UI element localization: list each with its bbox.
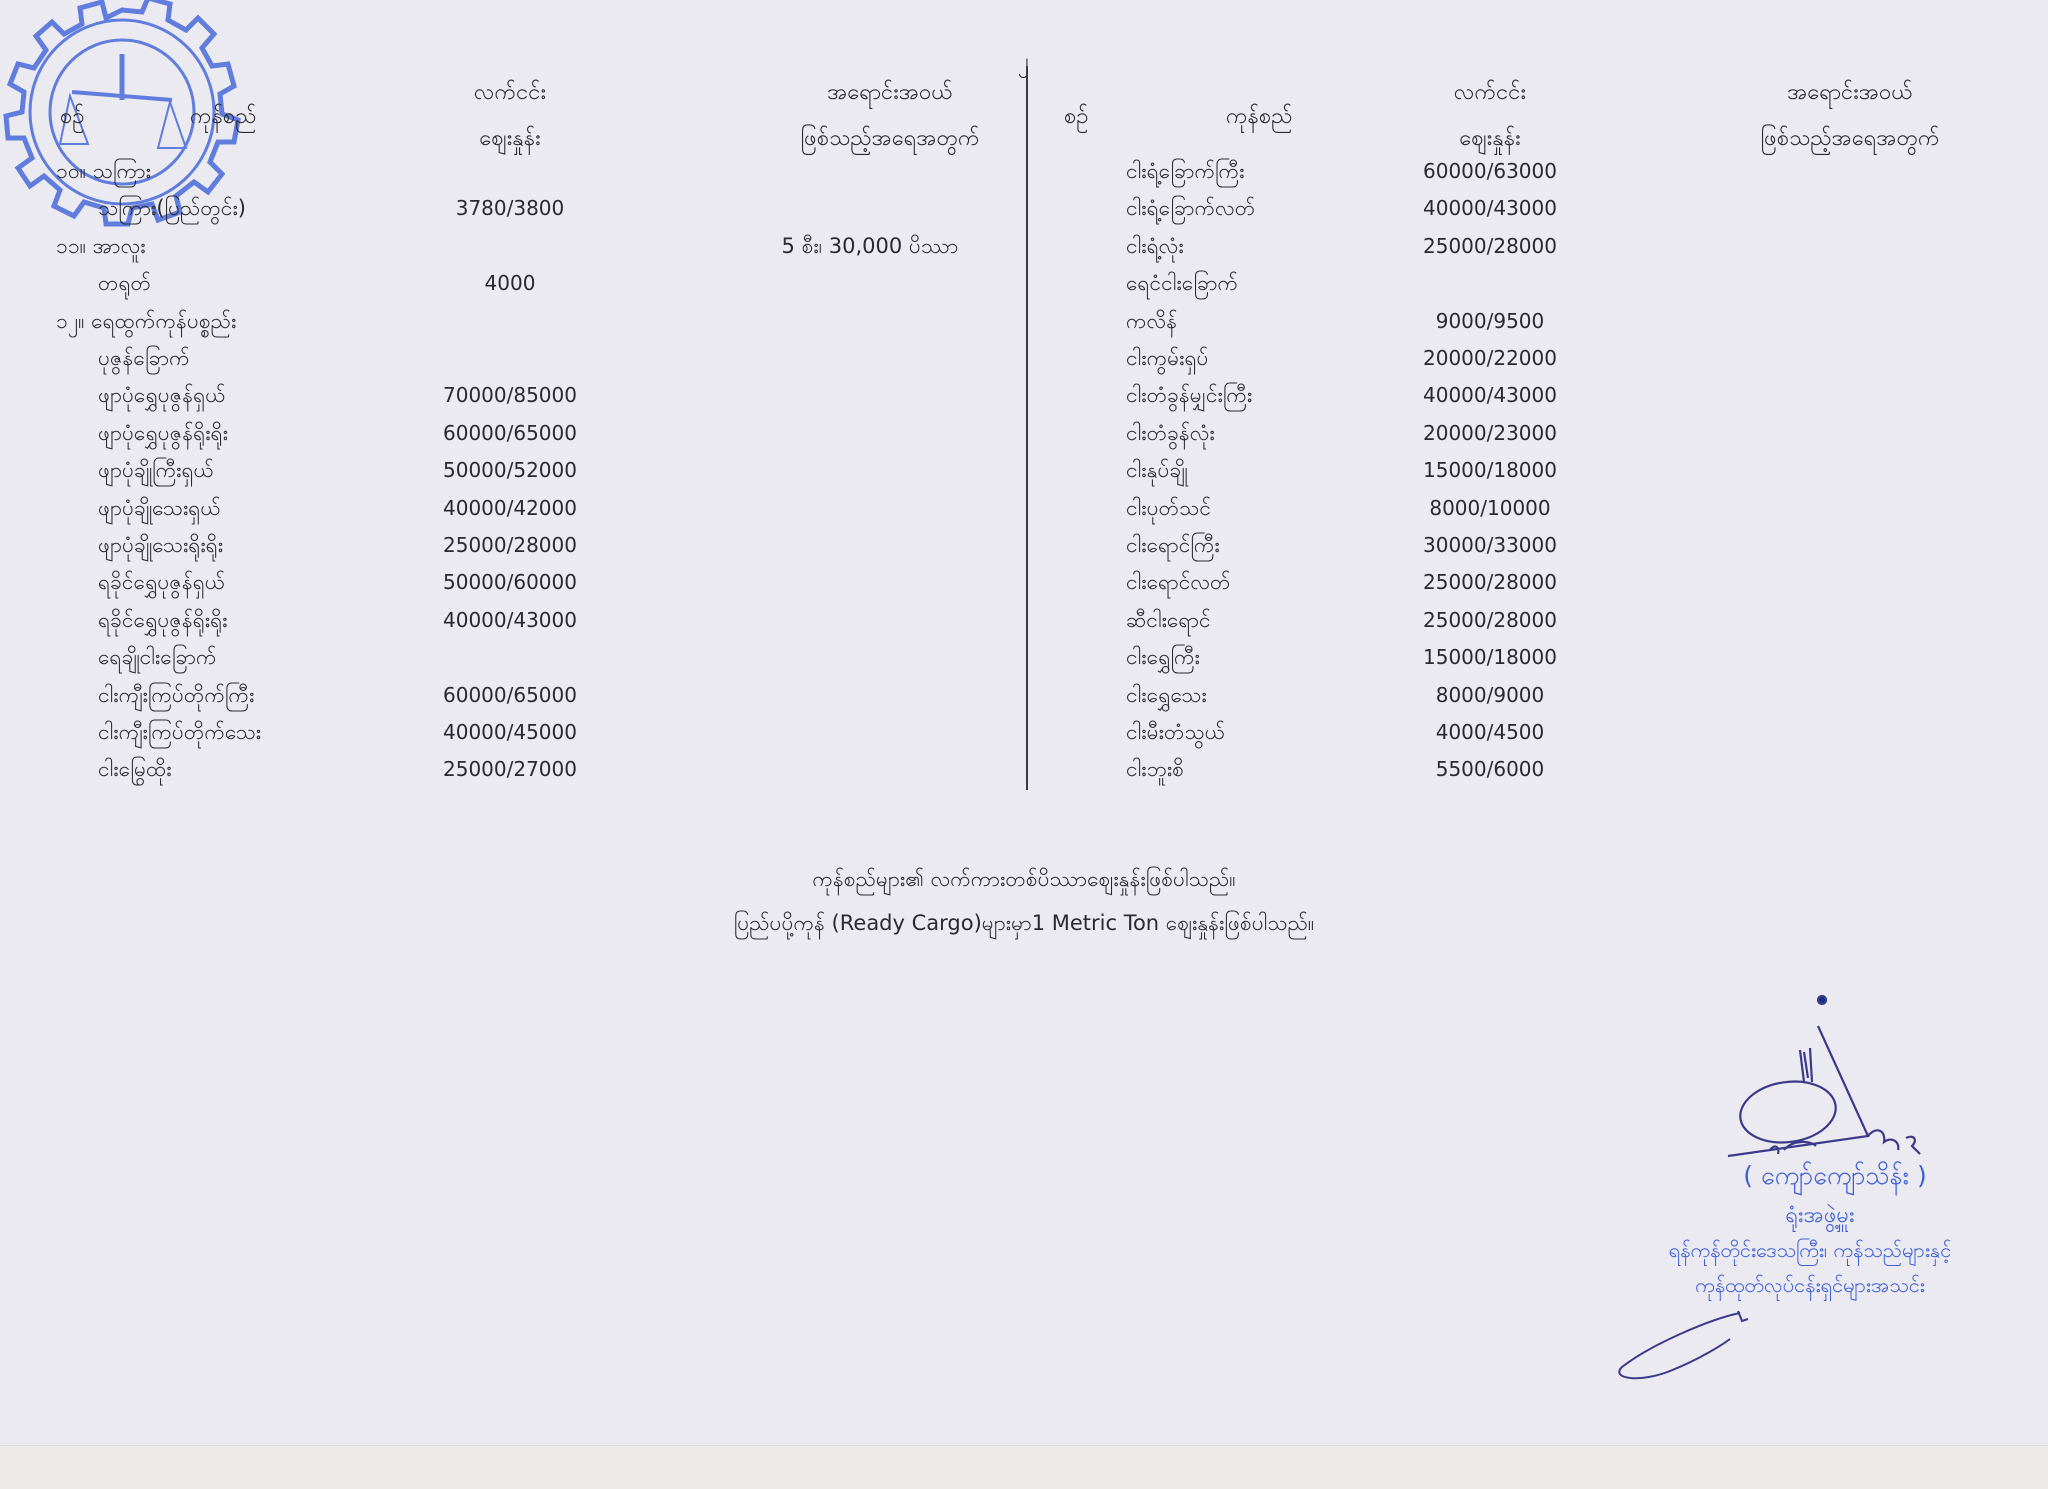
commodity-label: ရခိုင်ရွှေပုဇွန်ရိုးရိုး <box>98 605 228 635</box>
price-value: 8000/9000 <box>1400 680 1580 710</box>
price-value: 25000/28000 <box>1400 567 1580 597</box>
price-value: 25000/28000 <box>420 530 600 560</box>
commodity-label: သကြား(ပြည်တွင်း) <box>98 193 246 223</box>
commodity-label: ၁၁။ အာလူး <box>56 231 146 261</box>
price-value: 60000/65000 <box>420 418 600 448</box>
scanner-margin <box>0 1445 2048 1489</box>
price-value: 60000/65000 <box>420 680 600 710</box>
commodity-label: ငါးရောင်ကြီး <box>1126 530 1220 560</box>
commodity-label: ရခိုင်ရွှေပုဇွန်ရှယ် <box>98 567 225 597</box>
volume-value: 5 စီး၊ 30,000 ပိဿာ <box>740 231 1000 261</box>
signatory-name: ( ကျော်ကျော်သိန်း ) <box>1700 1160 1970 1197</box>
commodity-label: တရုတ် <box>98 268 151 298</box>
price-value: 40000/43000 <box>1400 193 1580 223</box>
price-value: 40000/43000 <box>420 605 600 635</box>
price-value: 30000/33000 <box>1400 530 1580 560</box>
commodity-label: ဖျာပုံချိုသေးရှယ် <box>98 493 221 523</box>
commodity-label: ဖျာပုံချိုကြီးရှယ် <box>98 455 214 485</box>
column-divider <box>1026 66 1028 790</box>
organization-line-2: ကုန်ထုတ်လုပ်ငန်းရှင်များအသင်း <box>1650 1272 1970 1302</box>
commodity-label: ငါးကျီးကြပ်တိုက်သေး <box>98 717 261 747</box>
commodity-label: ငါးပုတ်သင် <box>1126 493 1211 523</box>
right-header-volume-line2: ဖြစ်သည့်အရေအတွက် <box>1720 116 1980 162</box>
commodity-label: ဆီငါးရောင် <box>1126 605 1211 635</box>
commodity-label: ငါးရောင်လတ် <box>1126 567 1231 597</box>
price-value: 5500/6000 <box>1400 754 1580 784</box>
left-header-serial: စဉ် <box>60 94 85 140</box>
commodity-label: ကလိန် <box>1126 306 1177 336</box>
right-header-commodity: ကုန်စည် <box>1226 94 1293 140</box>
left-header-price-line2: ဈေးနှုန်း <box>420 116 600 162</box>
commodity-label: ငါးမီးတံသွယ် <box>1126 717 1225 747</box>
commodity-label: ဖျာပုံရွှေပုဇွန်ရိုးရိုး <box>98 418 228 448</box>
price-value: 15000/18000 <box>1400 455 1580 485</box>
price-value: 50000/52000 <box>420 455 600 485</box>
left-header-price-line1: လက်ငင်း <box>420 70 600 116</box>
commodity-label: ငါးရံ့ခြောက်လတ် <box>1126 193 1255 223</box>
right-header-price-line1: လက်ငင်း <box>1400 70 1580 116</box>
price-value: 60000/63000 <box>1400 156 1580 186</box>
price-value: 70000/85000 <box>420 380 600 410</box>
commodity-label: ငါးရံ့လုံး <box>1126 231 1184 261</box>
commodity-label: ဖျာပုံရွှေပုဇွန်ရှယ် <box>98 380 226 410</box>
price-value: 9000/9500 <box>1400 306 1580 336</box>
price-value: 20000/23000 <box>1400 418 1580 448</box>
price-value: 25000/28000 <box>1400 231 1580 261</box>
commodity-label: ငါးမြွေထိုး <box>98 754 172 784</box>
price-value: 3780/3800 <box>420 193 600 223</box>
signature-flourish-icon <box>1610 1305 1760 1385</box>
price-value: 50000/60000 <box>420 567 600 597</box>
commodity-label: ဖျာပုံချိုသေးရိုးရိုး <box>98 530 223 560</box>
organization-line-1: ရန်ကုန်တိုင်းဒေသကြီး၊ ကုန်သည်များနှင့် <box>1640 1237 1980 1267</box>
commodity-label: ငါးကျီးကြပ်တိုက်ကြီး <box>98 680 254 710</box>
commodity-label: ရေငံငါးခြောက် <box>1126 268 1238 298</box>
commodity-label: ငါးရွှေကြီး <box>1126 642 1200 672</box>
left-header-volume-line2: ဖြစ်သည့်အရေအတွက် <box>760 116 1020 162</box>
commodity-label: ငါးဘူးစိ <box>1126 754 1184 784</box>
price-value: 25000/27000 <box>420 754 600 784</box>
commodity-label: ငါးတံခွန်လုံး <box>1126 418 1215 448</box>
document-page: ၂ စဉ် ကုန်စည် လက်ငင်း ဈေးနှုန်း အရောင်းအ… <box>0 0 2048 1445</box>
note-ready-cargo-metric-ton: ပြည်ပပို့ကုန် (Ready Cargo)များမှာ1 Metr… <box>0 910 2048 941</box>
price-value: 20000/22000 <box>1400 343 1580 373</box>
signatory-title: ရုံးအဖွဲ့မှူး <box>1720 1200 1920 1233</box>
price-value: 4000/4500 <box>1400 717 1580 747</box>
commodity-label: ငါးတံခွန်မျှင်းကြီး <box>1126 380 1252 410</box>
price-value: 15000/18000 <box>1400 642 1580 672</box>
price-value: 40000/45000 <box>420 717 600 747</box>
price-value: 40000/43000 <box>1400 380 1580 410</box>
commodity-label: ပုဇွန်ခြောက် <box>98 343 190 373</box>
commodity-label: ရေချိုငါးခြောက် <box>98 642 217 672</box>
commodity-label: ငါးကွမ်းရှပ် <box>1126 343 1209 373</box>
commodity-label: ငါးရံ့ခြောက်ကြီး <box>1126 156 1244 186</box>
left-header-volume-line1: အရောင်းအဝယ် <box>760 70 1020 116</box>
left-header-commodity: ကုန်စည် <box>190 94 257 140</box>
commodity-label: ၁၀။ သကြား <box>56 156 151 186</box>
commodity-label: ၁၂။ ရေထွက်ကုန်ပစ္စည်း <box>56 306 236 336</box>
note-wholesale-per-viss: ကုန်စည်များ၏ လက်ကားတစ်ပိဿာဈေးနှုန်းဖြစ်ပ… <box>0 866 2048 897</box>
price-value: 4000 <box>420 268 600 298</box>
right-header-serial: စဉ် <box>1064 94 1089 140</box>
commodity-label: ငါးရွှေသေး <box>1126 680 1207 710</box>
price-value: 8000/10000 <box>1400 493 1580 523</box>
price-value: 40000/42000 <box>420 493 600 523</box>
right-header-volume-line1: အရောင်းအဝယ် <box>1720 70 1980 116</box>
price-value: 25000/28000 <box>1400 605 1580 635</box>
commodity-label: ငါးနုပ်ချို <box>1126 455 1188 485</box>
